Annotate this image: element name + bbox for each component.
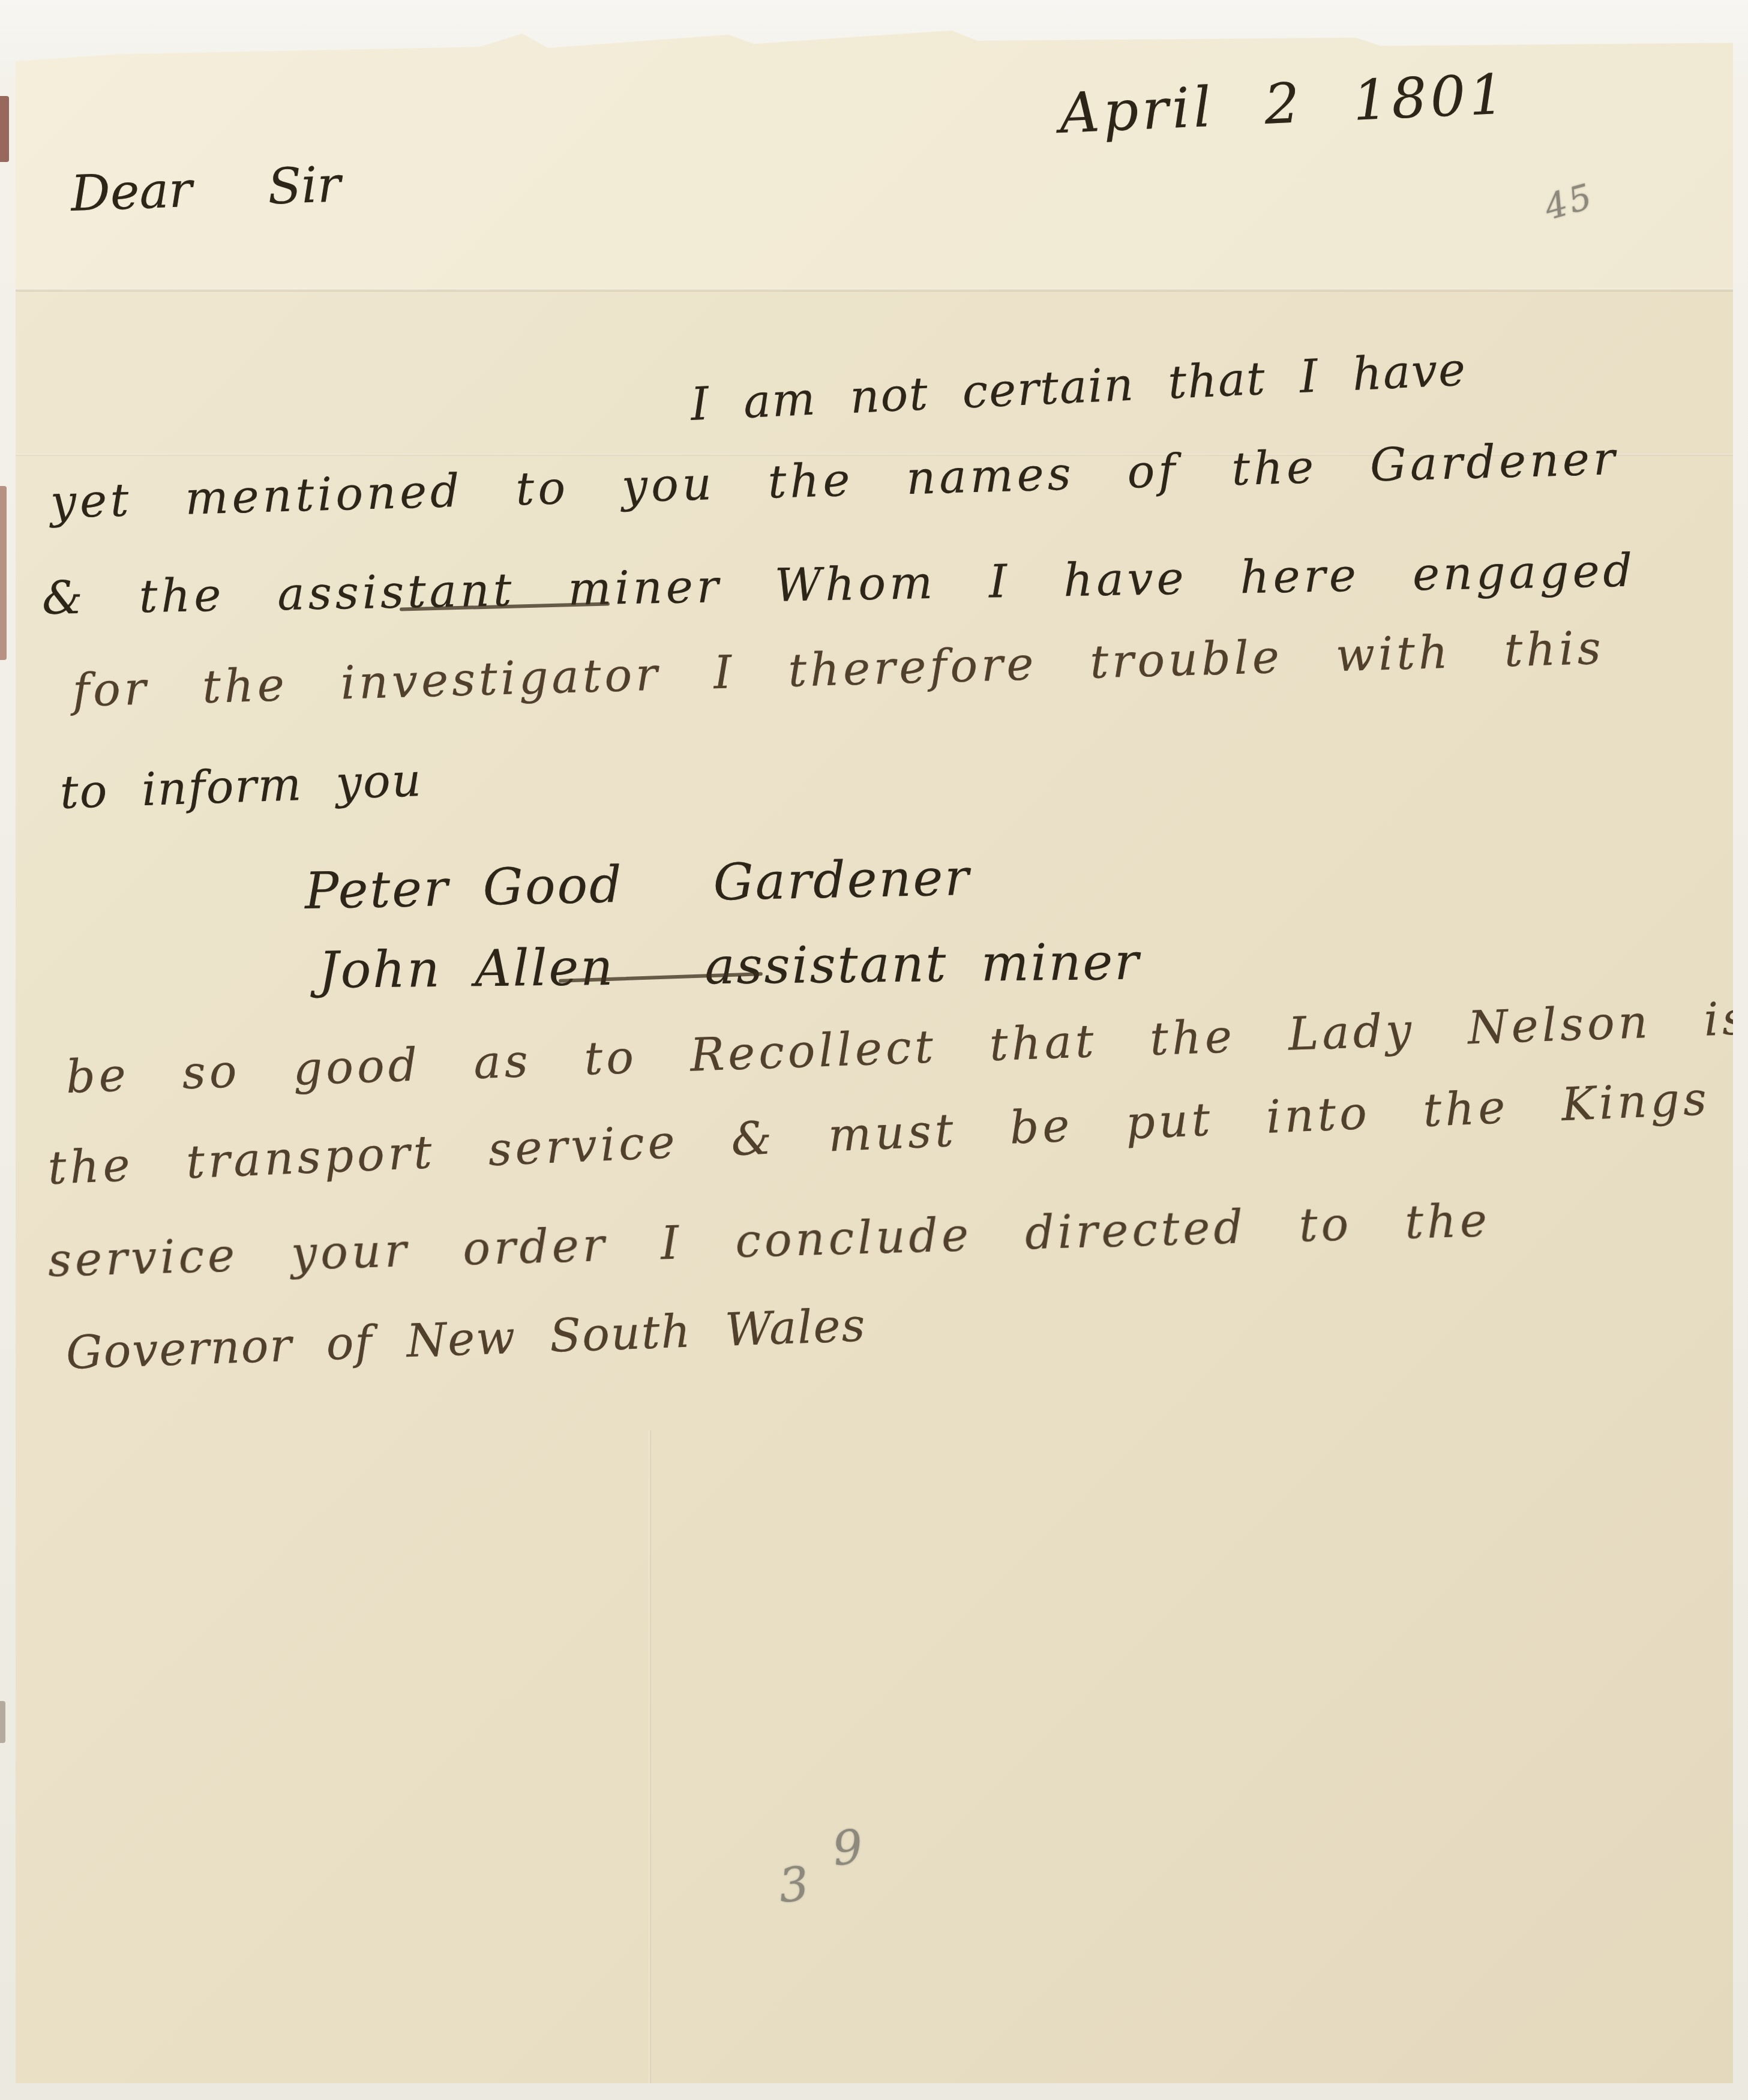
body-line: & the assistant miner Whom I have here e… [41, 544, 1636, 625]
roster-line: Peter GoodGardener [304, 848, 971, 920]
body-line: Governor of New South Wales [65, 1298, 866, 1379]
pencil-annotation-bottom: 39 [776, 1851, 869, 1914]
pencil-digit: 9 [830, 1820, 865, 1877]
horizontal-fold-crease [16, 288, 1733, 292]
letter-paper-sheet: April 2 1801 45 Dear Sir I am not certai… [16, 26, 1733, 2083]
scan-edge-artifact [0, 486, 7, 660]
scan-edge-artifact [0, 1701, 5, 1743]
body-line: yet mentioned to you the names of the Ga… [50, 431, 1620, 529]
roster-person-role: Gardener [713, 848, 972, 912]
scan-edge-artifact [0, 96, 9, 162]
body-line: I am not certain that I have [689, 342, 1468, 431]
pencil-digit: 3 [776, 1857, 812, 1914]
roster-line: John Allenassistant miner [318, 932, 1140, 1000]
body-line: for the investigator I therefore trouble… [72, 621, 1605, 717]
roster-person-name: Peter Good [304, 855, 624, 920]
vertical-fold-crease [649, 1430, 651, 2083]
body-line: service your order I conclude directed t… [47, 1193, 1491, 1287]
roster-person-role: assistant miner [704, 932, 1141, 996]
body-line: to inform you [59, 753, 423, 819]
letter-salutation: Dear Sir [70, 156, 341, 223]
roster-person-name: John Allen [318, 938, 614, 1000]
